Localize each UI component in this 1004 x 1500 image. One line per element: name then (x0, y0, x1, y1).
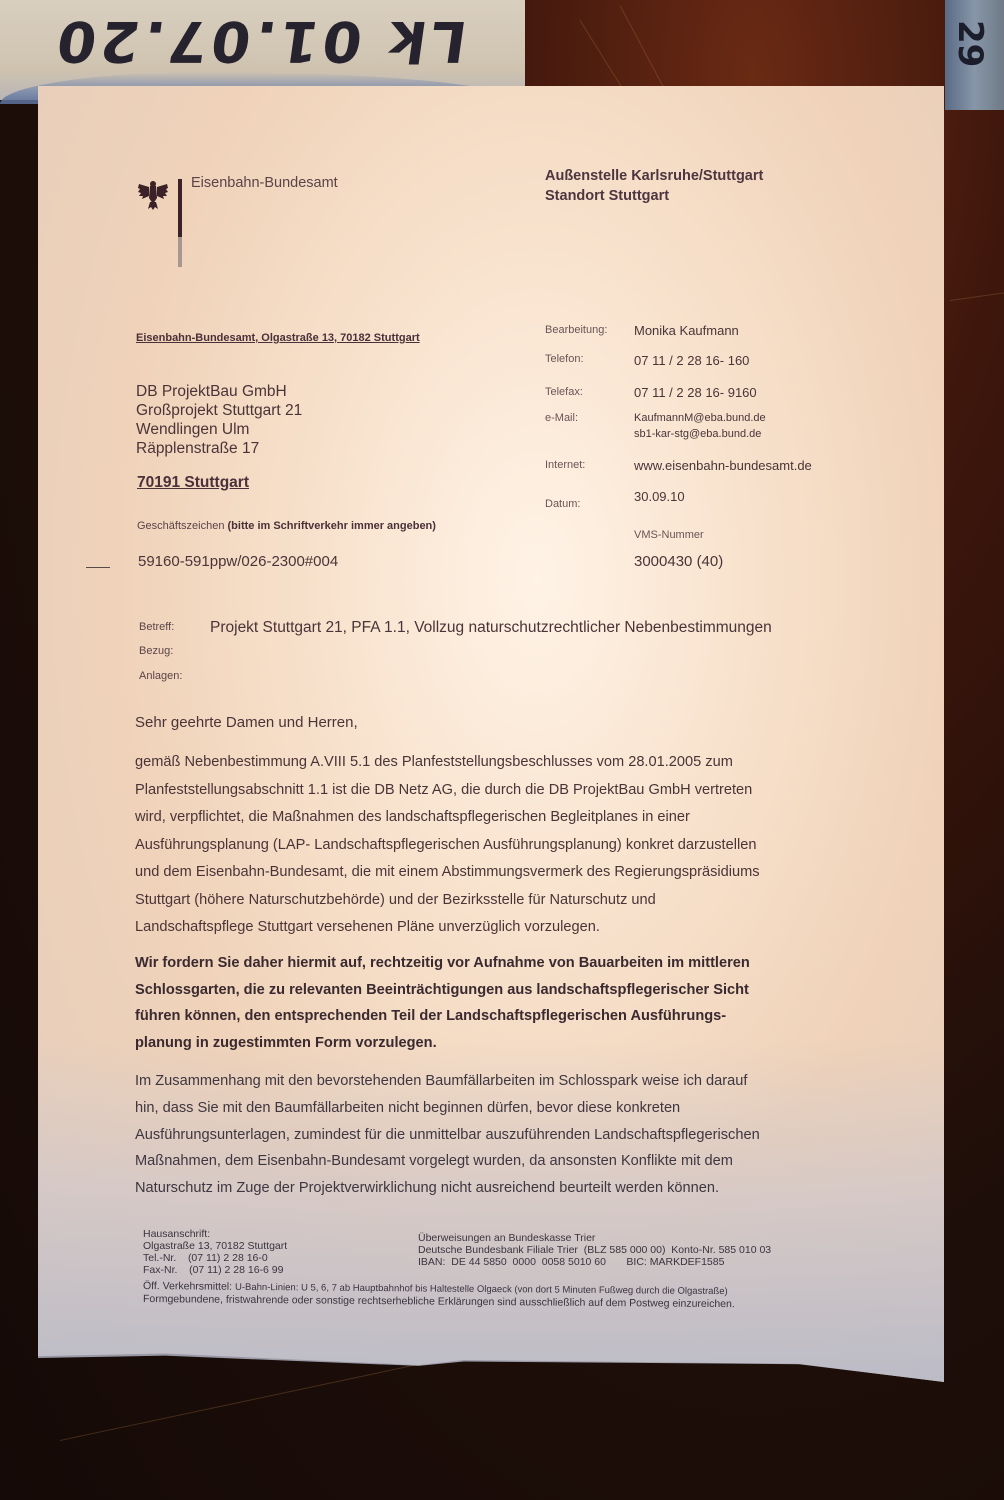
text-line: wird, verpflichtet, die Maßnahmen des la… (135, 804, 835, 832)
return-address: Eisenbahn-Bundesamt, Olgastraße 13, 7018… (136, 332, 420, 344)
bank-line-2: Deutsche Bundesbank Filiale Trier (BLZ 5… (418, 1244, 771, 1256)
date-label: Datum: (545, 498, 580, 510)
office-line-2: Standort Stuttgart (545, 186, 763, 206)
reference-number: 59160-591ppw/026-2300#004 (138, 553, 338, 570)
text-line: planung in zugestimmten Form vorzulegen. (135, 1030, 835, 1057)
organization-name: Eisenbahn-Bundesamt (191, 175, 338, 191)
office-block: Außenstelle Karlsruhe/Stuttgart Standort… (545, 166, 763, 206)
handwritten-date: Lk 01.07.20 (0, 8, 535, 73)
federal-eagle-icon (137, 178, 169, 212)
vms-number: 3000430 (40) (634, 553, 723, 570)
bank-line-1: Überweisungen an Bundeskasse Trier (418, 1232, 771, 1244)
text-line: Naturschutz im Zuge der Projektverwirkli… (135, 1175, 835, 1202)
logo-bar (178, 179, 182, 237)
footer-fax: Fax-Nr. (07 11) 2 28 16-6 99 (143, 1264, 287, 1276)
email-primary[interactable]: KaufmannM@eba.bund.de (634, 410, 766, 426)
footer-address: Hausanschrift: Olgastraße 13, 70182 Stut… (143, 1228, 287, 1276)
text-line: Planfeststellungsabschnitt 1.1 ist die D… (135, 777, 835, 805)
internet-label: Internet: (545, 459, 585, 471)
reference-field-label: Bezug: (139, 645, 173, 657)
phone-value: 07 11 / 2 28 16- 160 (634, 353, 749, 368)
recipient-line: Wendlingen Ulm (136, 420, 302, 439)
email-secondary[interactable]: sb1-kar-stg@eba.bund.de (634, 426, 766, 442)
reference-label: Geschäftszeichen (bitte im Schriftverkeh… (137, 520, 436, 532)
paragraph-2-bold: Wir fordern Sie daher hiermit auf, recht… (135, 950, 835, 1056)
contact-name: Monika Kaufmann (634, 323, 739, 338)
text-line: Wir fordern Sie daher hiermit auf, recht… (135, 950, 835, 977)
footer-fax-label: Fax-Nr. (143, 1264, 177, 1276)
fold-mark (86, 567, 110, 568)
reference-label-text: Geschäftszeichen (137, 520, 224, 532)
vms-label: VMS-Nummer (634, 529, 704, 541)
phone-label: Telefon: (545, 353, 584, 365)
text-line: Im Zusammenhang mit den bevorstehenden B… (135, 1068, 835, 1095)
text-line: Stuttgart (höhere Naturschutzbehörde) un… (135, 887, 835, 915)
recipient-line: DB ProjektBau GmbH (136, 382, 302, 401)
wood-scratch (950, 292, 1004, 301)
recipient-address: DB ProjektBau GmbH Großprojekt Stuttgart… (136, 382, 302, 458)
contact-label: Bearbeitung: (545, 324, 607, 336)
footer-phone-label: Tel.-Nr. (143, 1252, 176, 1264)
text-line: Ausführungsplanung (LAP- Landschaftspfle… (135, 832, 835, 860)
footer-address-label: Hausanschrift: (143, 1228, 287, 1240)
date-value: 30.09.10 (634, 489, 685, 504)
recipient-city: 70191 Stuttgart (137, 474, 249, 492)
fax-label: Telefax: (545, 386, 583, 398)
text-line: hin, dass Sie mit den Baumfällarbeiten n… (135, 1095, 835, 1122)
transit-label: Öff. Verkehrsmittel: (143, 1280, 232, 1293)
reference-note: (bitte im Schriftverkehr immer angeben) (228, 520, 436, 532)
subject-label: Betreff: (139, 621, 174, 633)
photo-scene: Lk 01.07.20 29 Eisenbahn-Bundesamt Außen… (0, 0, 1004, 1500)
text-line: Maßnahmen, dem Eisenbahn-Bundesamt vorge… (135, 1148, 835, 1175)
footer-address-value: Olgastraße 13, 70182 Stuttgart (143, 1240, 287, 1252)
text-line: gemäß Nebenbestimmung A.VIII 5.1 des Pla… (135, 749, 835, 777)
paragraph-1: gemäß Nebenbestimmung A.VIII 5.1 des Pla… (135, 749, 835, 942)
recipient-line: Großprojekt Stuttgart 21 (136, 401, 302, 420)
footer-phone: Tel.-Nr. (07 11) 2 28 16-0 (143, 1252, 287, 1264)
subject-text: Projekt Stuttgart 21, PFA 1.1, Vollzug n… (210, 619, 772, 637)
bank-line-3: IBAN: DE 44 5850 0000 0058 5010 60 BIC: … (418, 1256, 771, 1268)
text-line: Landschaftspflege Stuttgart versehenen P… (135, 914, 835, 942)
text-line: und dem Eisenbahn-Bundesamt, die mit ein… (135, 859, 835, 887)
footer-bank: Überweisungen an Bundeskasse Trier Deuts… (418, 1232, 771, 1268)
paragraph-3: Im Zusammenhang mit den bevorstehenden B… (135, 1068, 835, 1202)
logo-bar-light (178, 237, 182, 267)
office-line-1: Außenstelle Karlsruhe/Stuttgart (545, 166, 763, 186)
salutation: Sehr geehrte Damen und Herren, (135, 714, 835, 731)
text-line: Ausführungsunterlagen, zumindest für die… (135, 1122, 835, 1149)
email-values: KaufmannM@eba.bund.de sb1-kar-stg@eba.bu… (634, 410, 766, 442)
footer-fax-value: (07 11) 2 28 16-6 99 (189, 1264, 283, 1276)
text-line: Schlossgarten, die zu relevanten Beeintr… (135, 977, 835, 1004)
fax-value: 07 11 / 2 28 16- 9160 (634, 385, 757, 400)
attachments-label: Anlagen: (139, 670, 182, 682)
website-link[interactable]: www.eisenbahn-bundesamt.de (634, 458, 812, 473)
side-tape-number: 29 (950, 20, 990, 67)
footer-phone-value: (07 11) 2 28 16-0 (188, 1252, 268, 1264)
email-label: e-Mail: (545, 412, 578, 424)
text-line: führen können, den entsprechenden Teil d… (135, 1003, 835, 1030)
recipient-line: Räpplenstraße 17 (136, 439, 302, 458)
